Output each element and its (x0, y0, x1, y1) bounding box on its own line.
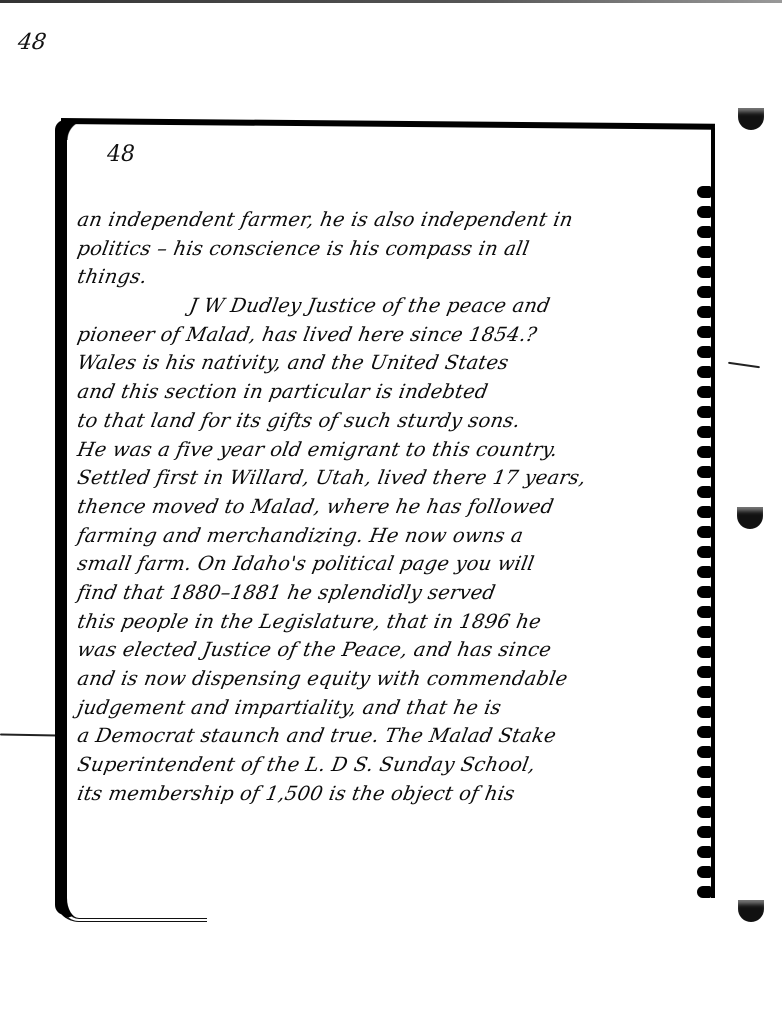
notebook-bottom-corner (55, 888, 207, 922)
spiral-coil (697, 566, 711, 578)
text-line: farming and merchandizing. He now owns a (75, 522, 700, 551)
handwritten-text-block: an independent farmer, he is also indepe… (75, 206, 695, 808)
text-line: its membership of 1,500 is the object of… (75, 780, 700, 809)
spiral-coil (697, 446, 711, 458)
text-line: Superintendent of the L. D S. Sunday Sch… (75, 751, 700, 780)
text-line: thence moved to Malad, where he has foll… (75, 493, 700, 522)
text-line-paragraph-start: J W Dudley Justice of the peace and (75, 292, 700, 321)
spiral-coil (697, 326, 711, 338)
text-line: a Democrat staunch and true. The Malad S… (75, 722, 700, 751)
text-line: was elected Justice of the Peace, and ha… (75, 636, 700, 665)
spiral-coil (697, 306, 711, 318)
spiral-coil (697, 766, 711, 778)
text-line: He was a five year old emigrant to this … (75, 436, 700, 465)
binder-hole-bottom (738, 900, 764, 922)
text-line: Settled first in Willard, Utah, lived th… (75, 464, 700, 493)
spiral-coil (697, 386, 711, 398)
spiral-coil (697, 586, 711, 598)
text-line: politics – his conscience is his compass… (75, 235, 700, 264)
outer-page-number: 48 (16, 30, 48, 55)
spiral-coil (697, 826, 711, 838)
binder-hole-top (738, 108, 764, 130)
spiral-coil (697, 506, 711, 518)
text-line: judgement and impartiality, and that he … (75, 694, 700, 723)
spiral-coil (697, 706, 711, 718)
text-line: find that 1880–1881 he splendidly served (75, 579, 700, 608)
spiral-coil (697, 186, 711, 198)
text-line: this people in the Legislature, that in … (75, 608, 700, 637)
text-line: Wales is his nativity, and the United St… (75, 349, 700, 378)
text-line: to that land for its gifts of such sturd… (75, 407, 700, 436)
spiral-binding (699, 128, 715, 898)
spiral-coil (697, 886, 711, 898)
text-line: and this section in particular is indebt… (75, 378, 700, 407)
scan-top-edge (0, 0, 782, 3)
text-line: things. (75, 263, 700, 292)
text-line: small farm. On Idaho's political page yo… (75, 550, 700, 579)
spiral-coil (697, 366, 711, 378)
stray-mark-right (728, 362, 760, 368)
notebook-page: 48 an independent farmer, he is also ind… (55, 118, 715, 918)
spiral-coil (697, 806, 711, 818)
spiral-coil (697, 866, 711, 878)
notebook-left-border (55, 120, 67, 915)
spiral-coil (697, 846, 711, 858)
text-line: an independent farmer, he is also indepe… (75, 206, 700, 235)
spiral-coil (697, 526, 711, 538)
binder-hole-middle (737, 507, 763, 529)
spiral-coil (697, 726, 711, 738)
spiral-coil (697, 646, 711, 658)
notebook-top-border (61, 118, 715, 130)
text-line: pioneer of Malad, has lived here since 1… (75, 321, 700, 350)
spiral-coil (697, 786, 711, 798)
text-line: and is now dispensing equity with commen… (75, 665, 700, 694)
inner-page-number: 48 (107, 142, 135, 167)
spiral-coil (697, 246, 711, 258)
stray-mark-left (0, 733, 58, 736)
